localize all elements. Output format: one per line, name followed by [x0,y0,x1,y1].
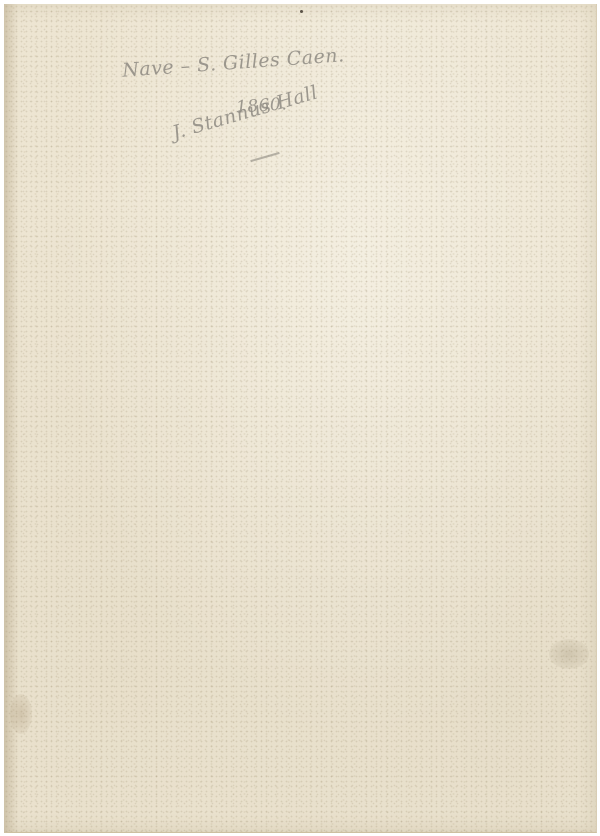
signature-underline [250,152,279,162]
inscription-signature: J. Stannus Hall [170,81,321,144]
paper-sheet: Nave – S. Gilles Caen. 1860. J. Stannus … [4,4,597,833]
inscription-title: Nave – S. Gilles Caen. [122,44,346,81]
stain-mark [10,694,32,734]
foxing-spot [549,639,589,669]
dot-mark [300,10,303,13]
paper-texture [4,4,596,832]
